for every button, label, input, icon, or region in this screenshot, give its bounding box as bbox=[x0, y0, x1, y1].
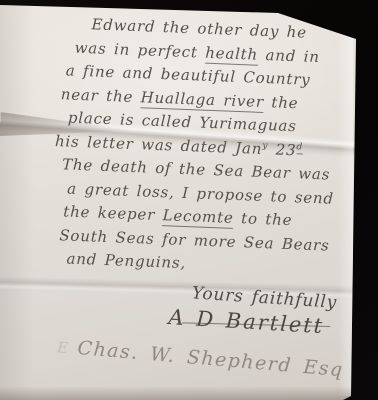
letter-text-segment: the keeper bbox=[63, 202, 163, 224]
addressee-row: EChas. W. Shepherd Esq bbox=[56, 335, 339, 383]
letter-text-segment: to the bbox=[233, 209, 292, 229]
letter-text-segment: and in bbox=[258, 45, 320, 65]
letter-paper: Edward the other day hewas in perfect he… bbox=[0, 0, 378, 400]
bottom-edge-shadow bbox=[0, 386, 378, 400]
letter-text-segment: was in perfect bbox=[74, 38, 205, 61]
letter-text-segment: near the bbox=[61, 85, 142, 106]
underlined-word: Huallaga river bbox=[140, 88, 264, 113]
letter-text-segment: the bbox=[264, 92, 299, 111]
letter-text-segment: 23 bbox=[268, 140, 297, 159]
letter-body-text: Edward the other day hewas in perfect he… bbox=[45, 12, 352, 370]
left-edge-shadow bbox=[0, 0, 34, 400]
letter-text-segment: and Penguins, bbox=[66, 250, 186, 273]
underlined-word: health bbox=[205, 43, 259, 65]
underlined-word: d bbox=[296, 142, 303, 154]
faint-pencil-mark: E bbox=[56, 338, 70, 357]
photo-background: Edward the other day hewas in perfect he… bbox=[0, 0, 378, 400]
underlined-word: Lecomte bbox=[162, 206, 234, 229]
addressee: Chas. W. Shepherd Esq bbox=[77, 336, 345, 380]
letter-lines: Edward the other day hewas in perfect he… bbox=[48, 12, 352, 282]
